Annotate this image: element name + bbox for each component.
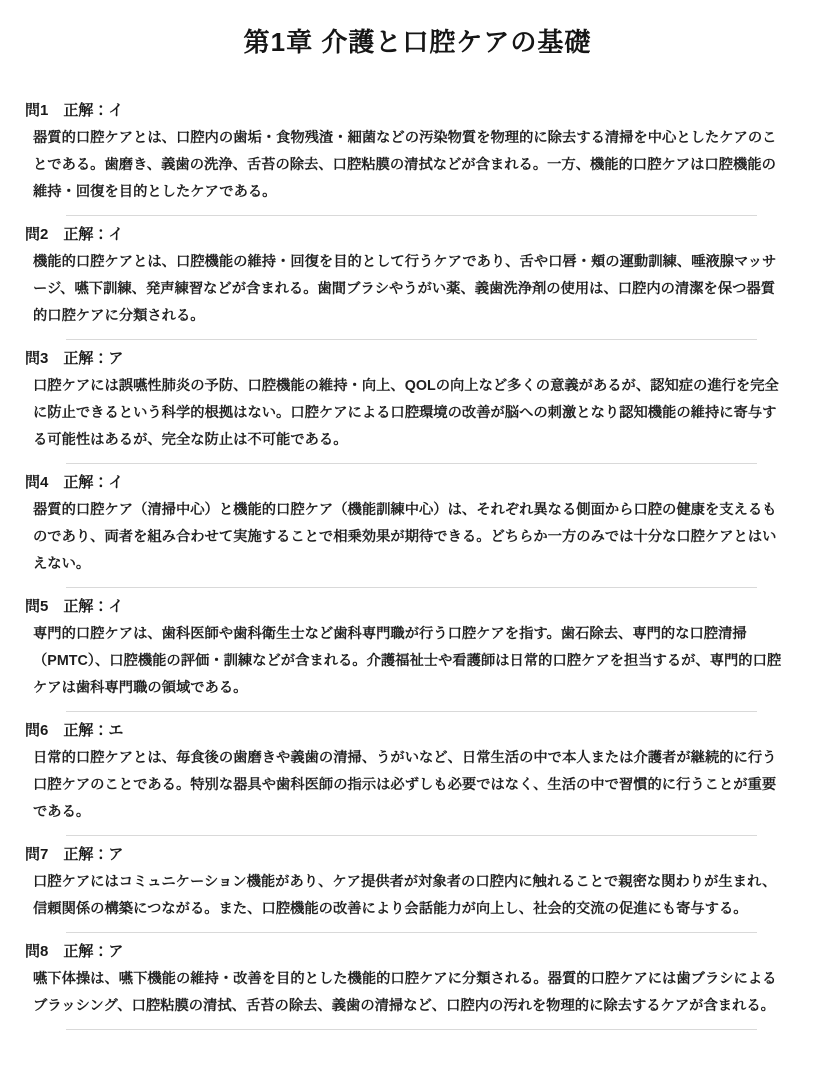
explanation-text: 機能的口腔ケアとは、口腔機能の維持・回復を目的として行うケアであり、舌や口唇・頬… <box>33 249 785 330</box>
question-number: 問5 <box>25 598 48 615</box>
correct-answer-label: 正解：イ <box>63 598 123 615</box>
question-header: 問1正解：イ <box>25 101 835 120</box>
divider-line <box>66 215 757 216</box>
answer-key-list: 問1正解：イ 器質的口腔ケアとは、口腔内の歯垢・食物残渣・細菌などの汚染物質を物… <box>25 101 835 1030</box>
question-block-6: 問6正解：エ 日常的口腔ケアとは、毎食後の歯磨きや義歯の清掃、うがいなど、日常生… <box>25 721 835 836</box>
question-header: 問5正解：イ <box>25 597 835 616</box>
correct-answer-label: 正解：エ <box>63 722 123 739</box>
question-header: 問4正解：イ <box>25 473 835 492</box>
question-header: 問8正解：ア <box>25 942 835 961</box>
explanation-text: 口腔ケアにはコミュニケーション機能があり、ケア提供者が対象者の口腔内に触れること… <box>33 869 785 923</box>
correct-answer-label: 正解：ア <box>63 350 123 367</box>
explanation-text: 嚥下体操は、嚥下機能の維持・改善を目的とした機能的口腔ケアに分類される。器質的口… <box>33 966 785 1020</box>
question-number: 問6 <box>25 722 48 739</box>
divider-line <box>66 339 757 340</box>
question-number: 問2 <box>25 226 48 243</box>
correct-answer-label: 正解：ア <box>63 943 123 960</box>
explanation-text: 器質的口腔ケアとは、口腔内の歯垢・食物残渣・細菌などの汚染物質を物理的に除去する… <box>33 125 785 206</box>
question-header: 問2正解：イ <box>25 225 835 244</box>
question-block-2: 問2正解：イ 機能的口腔ケアとは、口腔機能の維持・回復を目的として行うケアであり… <box>25 225 835 340</box>
divider-line <box>66 463 757 464</box>
question-block-4: 問4正解：イ 器質的口腔ケア（清掃中心）と機能的口腔ケア（機能訓練中心）は、それ… <box>25 473 835 588</box>
correct-answer-label: 正解：ア <box>63 846 123 863</box>
divider-line <box>66 835 757 836</box>
question-header: 問3正解：ア <box>25 349 835 368</box>
correct-answer-label: 正解：イ <box>63 102 123 119</box>
correct-answer-label: 正解：イ <box>63 226 123 243</box>
explanation-text: 日常的口腔ケアとは、毎食後の歯磨きや義歯の清掃、うがいなど、日常生活の中で本人ま… <box>33 745 785 826</box>
divider-line <box>66 711 757 712</box>
divider-line <box>66 1029 757 1030</box>
document-page: 第1章 介護と口腔ケアの基礎 問1正解：イ 器質的口腔ケアとは、口腔内の歯垢・食… <box>0 0 835 1080</box>
question-block-5: 問5正解：イ 専門的口腔ケアは、歯科医師や歯科衛生士など歯科専門職が行う口腔ケア… <box>25 597 835 712</box>
question-header: 問7正解：ア <box>25 845 835 864</box>
explanation-text: 器質的口腔ケア（清掃中心）と機能的口腔ケア（機能訓練中心）は、それぞれ異なる側面… <box>33 497 785 578</box>
question-block-3: 問3正解：ア 口腔ケアには誤嚥性肺炎の予防、口腔機能の維持・向上、QOLの向上な… <box>25 349 835 464</box>
correct-answer-label: 正解：イ <box>63 474 123 491</box>
question-block-8: 問8正解：ア 嚥下体操は、嚥下機能の維持・改善を目的とした機能的口腔ケアに分類さ… <box>25 942 835 1030</box>
page-title: 第1章 介護と口腔ケアの基礎 <box>0 0 835 59</box>
question-block-7: 問7正解：ア 口腔ケアにはコミュニケーション機能があり、ケア提供者が対象者の口腔… <box>25 845 835 933</box>
divider-line <box>66 587 757 588</box>
question-number: 問8 <box>25 943 48 960</box>
explanation-text: 専門的口腔ケアは、歯科医師や歯科衛生士など歯科専門職が行う口腔ケアを指す。歯石除… <box>33 621 785 702</box>
question-block-1: 問1正解：イ 器質的口腔ケアとは、口腔内の歯垢・食物残渣・細菌などの汚染物質を物… <box>25 101 835 216</box>
divider-line <box>66 932 757 933</box>
question-number: 問1 <box>25 102 48 119</box>
question-number: 問4 <box>25 474 48 491</box>
explanation-text: 口腔ケアには誤嚥性肺炎の予防、口腔機能の維持・向上、QOLの向上など多くの意義が… <box>33 373 785 454</box>
question-number: 問7 <box>25 846 48 863</box>
question-number: 問3 <box>25 350 48 367</box>
question-header: 問6正解：エ <box>25 721 835 740</box>
